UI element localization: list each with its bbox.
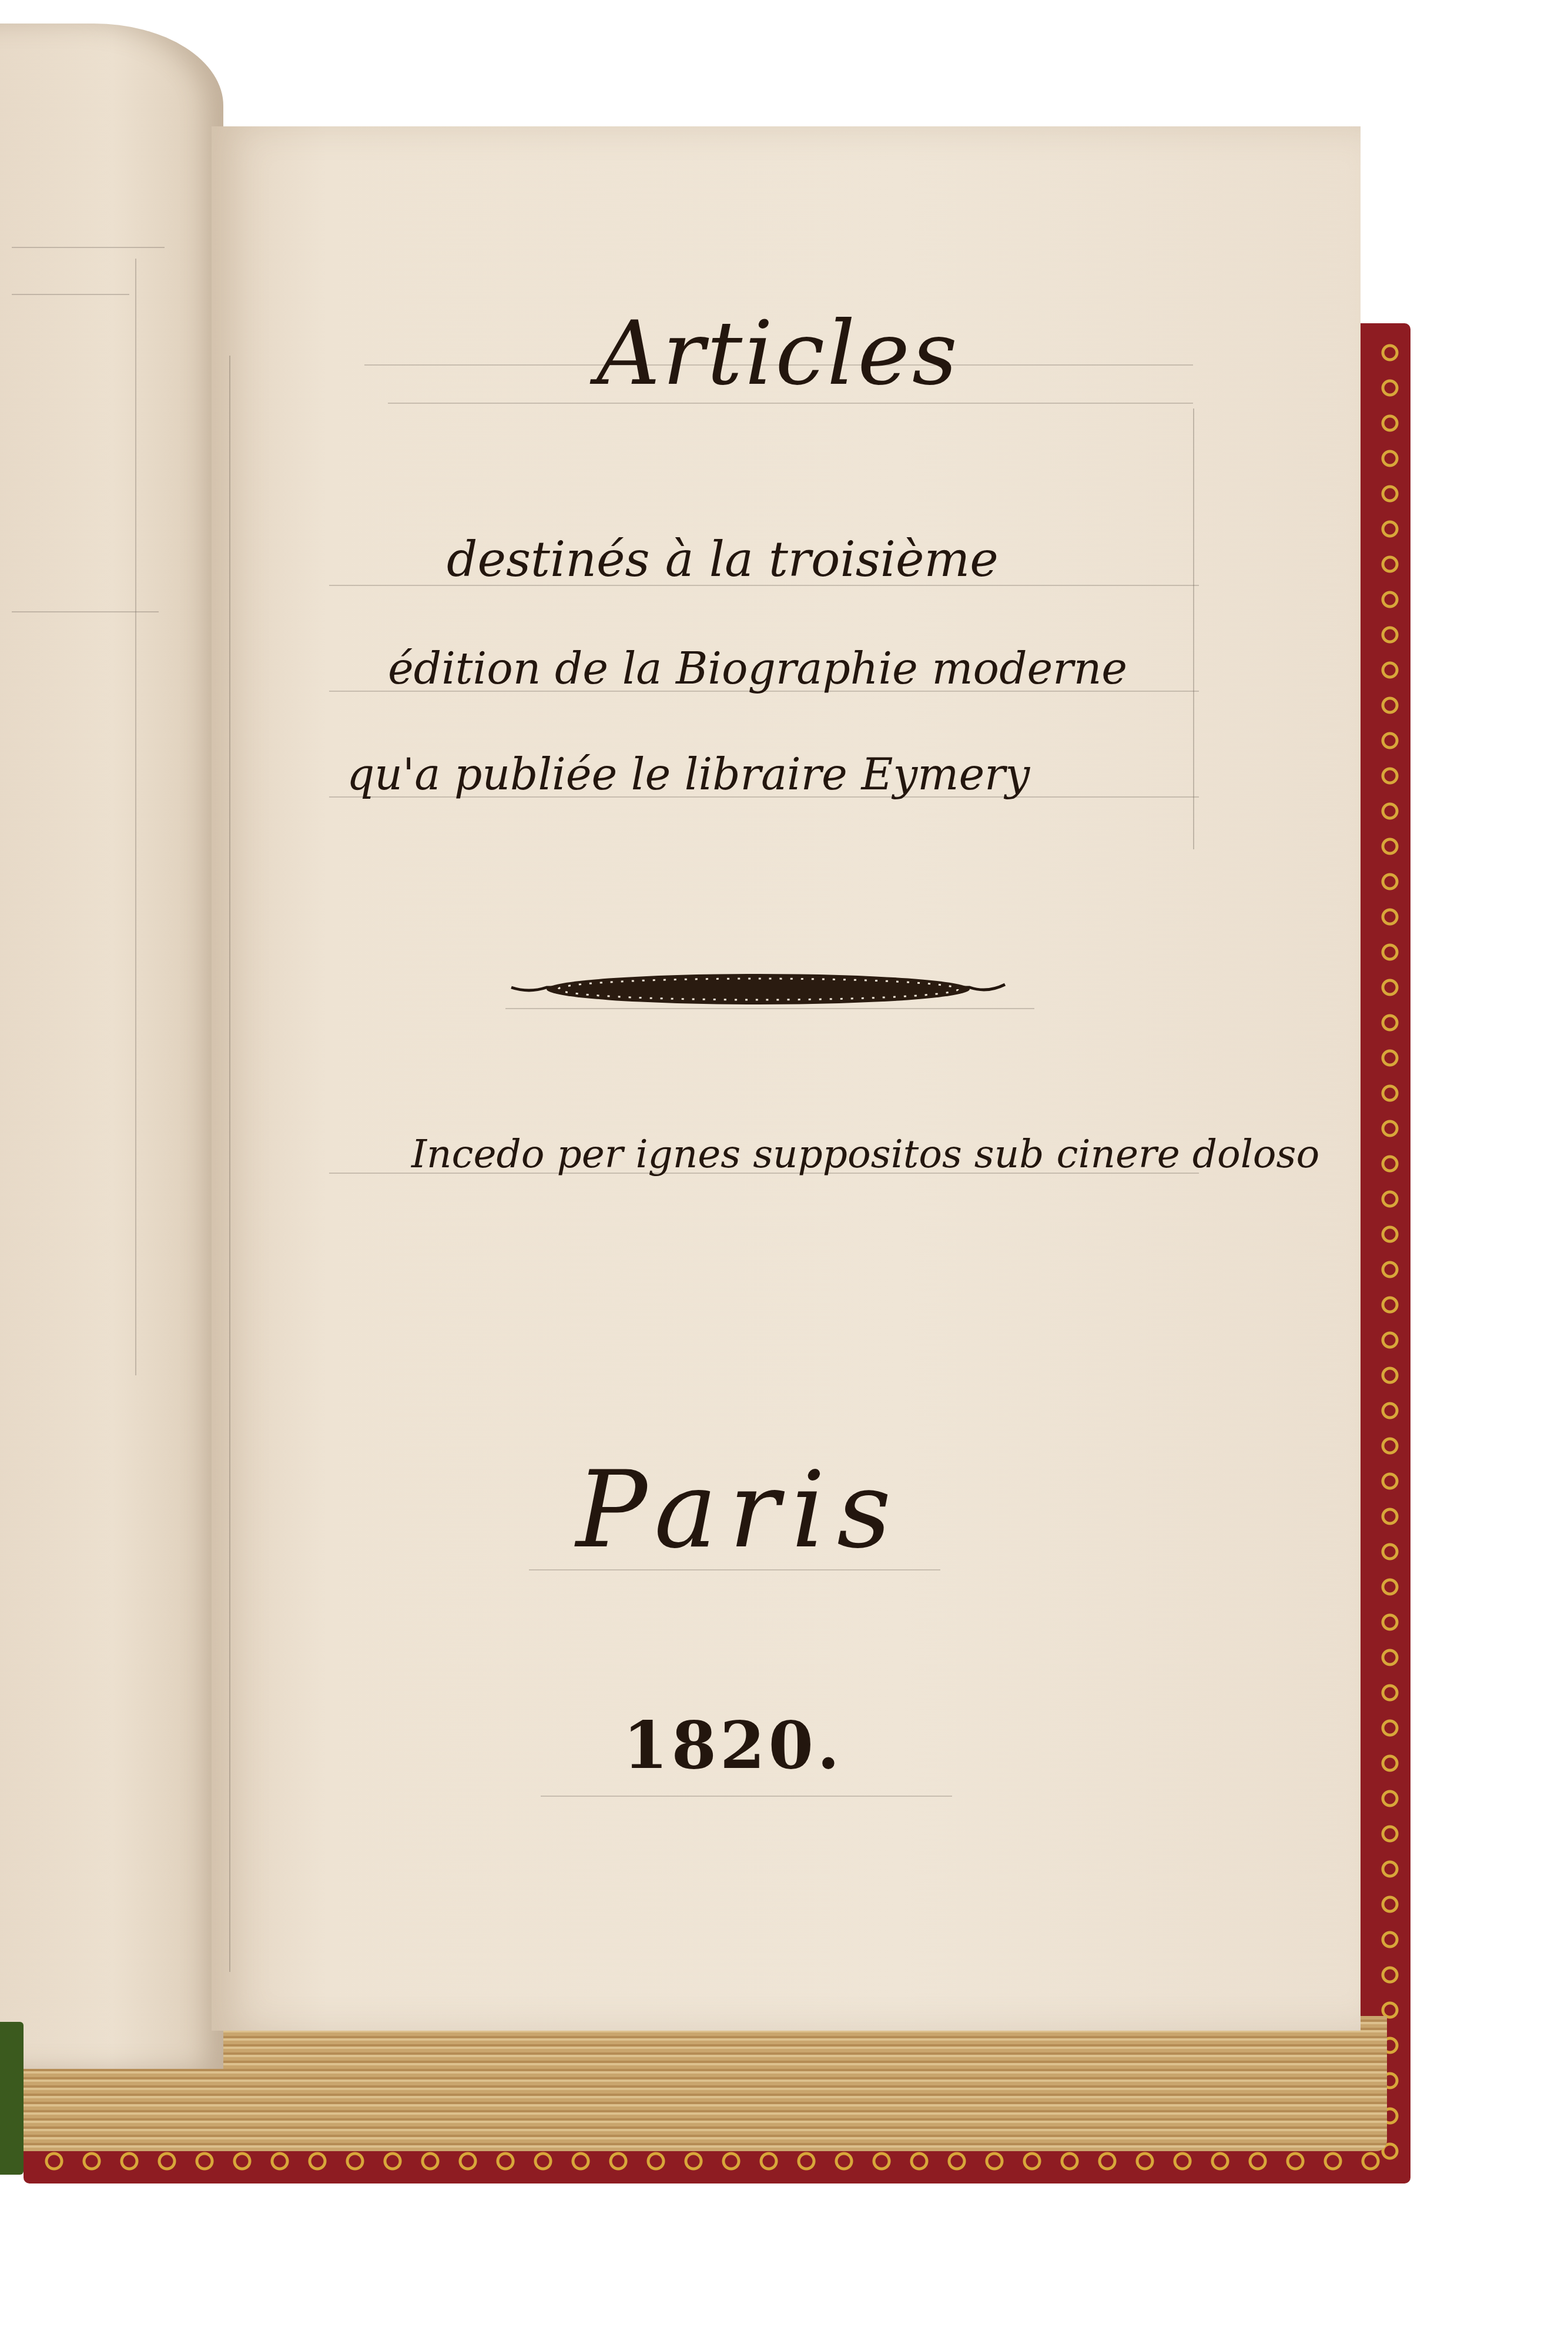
left-page-rule <box>12 294 129 295</box>
ruled-line <box>541 1796 952 1797</box>
left-page-rule <box>12 247 165 248</box>
calligraphic-flourish-icon <box>505 961 1011 1014</box>
manuscript-title: Articles <box>597 303 960 405</box>
left-page <box>0 24 223 2069</box>
green-ribbon-marker <box>0 2022 24 2175</box>
subtitle-line-3: qu'a publiée le libraire Eymery <box>347 749 1030 800</box>
title-page: Articles destinés à la troisième édition… <box>212 126 1361 2031</box>
place-of-publication: Paris <box>576 1449 903 1572</box>
subtitle-line-2: édition de la Biographie moderne <box>388 644 1127 694</box>
latin-motto: Incedo per ignes suppositos sub cinere d… <box>411 1131 1319 1177</box>
left-margin-line <box>229 356 230 1972</box>
left-page-margin <box>135 259 136 1375</box>
subtitle-line-1: destinés à la troisième <box>447 532 999 588</box>
right-margin-line <box>1193 408 1194 849</box>
gilt-border-right <box>1375 335 1405 2172</box>
left-page-rule <box>12 611 159 612</box>
gilt-page-edges <box>24 2016 1387 2151</box>
publication-year: 1820. <box>623 1707 843 1783</box>
photo-scene: Articles destinés à la troisième édition… <box>0 0 1568 2351</box>
